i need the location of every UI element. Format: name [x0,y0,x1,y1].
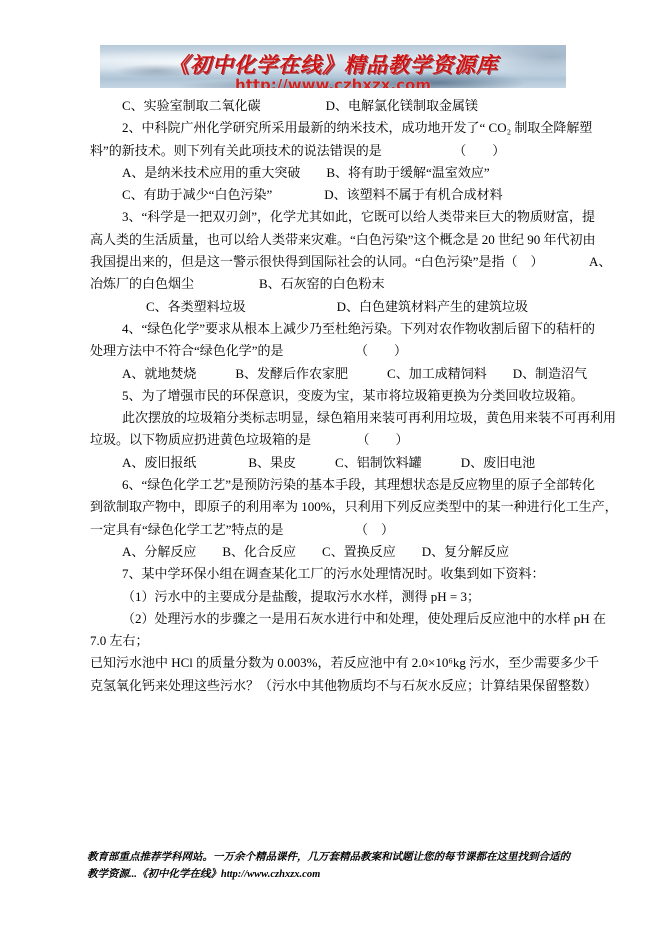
text-line: 此次摆放的垃圾箱分类标志明显，绿色箱用来装可再利用垃圾，黄色用来装不可再利用 [90,407,572,429]
footer-line: 教学资源...《初中化学在线》http://www.czhxzx.com [87,866,579,883]
text-line: C、各类塑料垃圾 D、白色建筑材料产生的建筑垃圾 [90,296,572,318]
text-line: 处理方法中不符合“绿色化学”的是 （ ） [90,340,572,362]
text-line: C、实验室制取二氧化碳 D、电解氯化镁制取金属镁 [90,95,572,117]
banner-title: 《初中化学在线》精品教学资源库 [100,49,566,79]
text-line: A、分解反应 B、化合反应 C、置换反应 D、复分解反应 [90,541,572,563]
text-line: 克氢氧化钙来处理这些污水？（污水中其他物质均不与石灰水反应；计算结果保留整数） [90,675,572,697]
text-line: 料”的新技术。则下列有关此项技术的说法错误的是 （ ） [90,140,572,162]
text-line: C、有助于减少“白色污染” D、该塑料不属于有机合成材料 [90,184,572,206]
text-line: A、废旧报纸 B、果皮 C、铝制饮料罐 D、废旧电池 [90,452,572,474]
text-line: 已知污水池中 HCl 的质量分数为 0.003%，若反应池中有 2.0×10⁶k… [90,652,572,674]
text-line: A、就地焚烧 B、发酵后作农家肥 C、加工成精饲料 D、制造沼气 [90,363,572,385]
text-line: A、是纳米技术应用的重大突破 B、将有助于缓解“温室效应” [90,162,572,184]
text-line: 冶炼厂的白色烟尘 B、石灰窑的白色粉末 [90,273,572,295]
text-line: 7.0 左右； [90,630,572,652]
text-line: 2、中科院广州化学研究所采用最新的纳米技术，成功地开发了“ CO₂ 制取全降解塑 [90,117,572,139]
site-banner: 《初中化学在线》精品教学资源库 http://www.czhxzx.com [100,45,566,88]
text-line: 高人类的生活质量，也可以给人类带来灾难。“白色污染”这个概念是 20 世纪 90… [90,229,572,251]
page-footer: 教育部重点推荐学科网站。一万余个精品课件，几万套精品教案和试题让您的每节课都在这… [87,849,579,883]
text-line: 5、为了增强市民的环保意识，变废为宝，某市将垃圾箱更换为分类回收垃圾箱。 [90,385,572,407]
text-line: 3、“科学是一把双刃剑”，化学尤其如此，它既可以给人类带来巨大的物质财富，提 [90,206,572,228]
text-line: 7、某中学环保小组在调查某化工厂的污水处理情况时。收集到如下资料： [90,563,572,585]
document-page: 《初中化学在线》精品教学资源库 http://www.czhxzx.com C、… [0,0,661,935]
text-line: 垃圾。以下物质应扔进黄色垃圾箱的是 （ ） [90,429,572,451]
document-text: C、实验室制取二氧化碳 D、电解氯化镁制取金属镁 2、中科院广州化学研究所采用最… [90,95,572,697]
text-line: 我国提出来的，但是这一警示很快得到国际社会的认同。“白色污染”是指（ ） A、 [90,251,572,273]
footer-line: 教育部重点推荐学科网站。一万余个精品课件，几万套精品教案和试题让您的每节课都在这… [87,849,579,866]
text-line: 4、“绿色化学”要求从根本上减少乃至杜绝污染。下列对农作物收割后留下的秸杆的 [90,318,572,340]
text-line: 到欲制取产物中，即原子的利用率为 100%，只利用下列反应类型中的某一种进行化工… [90,496,572,518]
text-line: （2）处理污水的步骤之一是用石灰水进行中和处理，使处理后反应池中的水样 pH 在 [90,608,572,630]
text-line: 一定具有“绿色化学工艺”特点的是 （ ） [90,519,572,541]
text-line: （1）污水中的主要成分是盐酸，提取污水水样，测得 pH = 3； [90,586,572,608]
text-line: 6、“绿色化学工艺”是预防污染的基本手段，其理想状态是反应物里的原子全部转化 [90,474,572,496]
